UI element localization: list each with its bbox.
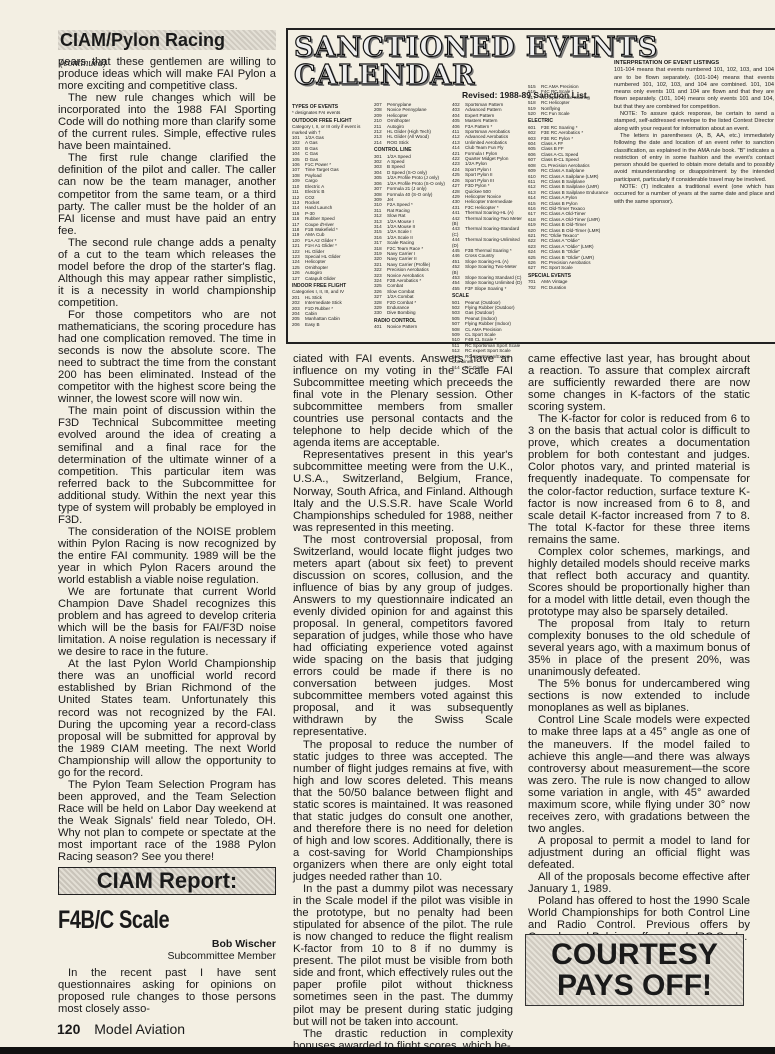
event-name: Club Team Fun Fly: [465, 145, 503, 150]
event-name: RC Class B Old-Timer: [541, 222, 586, 227]
event-name: Cabin: [305, 311, 317, 316]
event-name: F2C Team Race *: [387, 246, 423, 251]
event-name: HL Glider: [305, 249, 324, 254]
event-name: Helicopter Novice: [465, 194, 501, 199]
event-name: Formula 40 (S-O only): [387, 192, 432, 197]
event-name: Manhattan Cabin: [305, 316, 340, 321]
section-header: CIAM/Pylon Racing (continued): [58, 30, 276, 50]
event-name: RC Sport Scale: [541, 265, 573, 270]
event-name: F1C Power *: [305, 162, 331, 167]
author-role: Subcommittee Member: [58, 950, 276, 962]
event-name: RC Sportsman Sport Scale: [465, 343, 520, 348]
paragraph: The proposal to reduce the number of sta…: [293, 739, 513, 884]
event-name: Quarter Midget Pylon: [465, 156, 508, 161]
event-row: 442Thermal Soaring-Two Meter (B): [452, 216, 522, 227]
publication-name: Model Aviation: [94, 1021, 185, 1037]
event-name: Formula I Pylon: [465, 151, 497, 156]
event-name: RC Class A Pylon: [541, 195, 577, 200]
event-name: Electric A: [305, 184, 324, 189]
event-name: AMA Vintage: [541, 279, 567, 284]
paragraph: ciated with FAI events. Answers have an …: [293, 353, 513, 449]
event-name: Autogiro: [387, 124, 404, 129]
event-name: 1/2A Mouse II: [387, 224, 415, 229]
event-name: Masters Pattern: [465, 118, 497, 123]
event-name: Navy Carrier I: [387, 251, 415, 256]
event-name: F1B Wakefield *: [305, 227, 338, 232]
event-name: Expert Pattern: [465, 113, 494, 118]
article-intro: In the recent past I have sent questionn…: [58, 967, 276, 1015]
event-name: Helicopter: [387, 113, 408, 118]
courtesy-line2: PAYS OFF!: [526, 970, 743, 1001]
event-name: Class B FF: [541, 146, 564, 151]
event-name: Cargo: [305, 178, 318, 183]
event-name: Payload: [305, 173, 322, 178]
event-name: RC AMA Precision: [541, 84, 579, 89]
event-name: 1/2A Pylon: [465, 161, 487, 166]
column-2-article: ciated with FAI events. Answers have an …: [293, 353, 513, 1052]
calendar-title: SANCTIONED EVENTS CALENDAR: [294, 34, 658, 90]
paragraph: The Pylon Team Selection Program has bee…: [58, 779, 276, 863]
paragraph: In the recent past I have sent questionn…: [58, 967, 276, 1015]
event-row: 702RC Duration: [528, 285, 612, 290]
paragraph: The main point of discussion within the …: [58, 405, 276, 525]
event-name: P-30: [305, 211, 315, 216]
event-name: F3E RC Pylon *: [541, 136, 573, 141]
event-name: Slow Combat: [387, 289, 414, 294]
event-name: RC Class A Old-Timer (LMR): [541, 217, 600, 222]
column-1-article: pears that these gentlemen are willing t…: [58, 56, 276, 863]
event-name: HL Stick: [305, 295, 322, 300]
event-name: 1/2A Profile Proto (S-O only): [387, 181, 445, 186]
courtesy-line1: COURTESY: [526, 939, 743, 970]
paragraph: All of the proposals become effective af…: [528, 871, 750, 895]
event-name: Advanced Aerobatics: [465, 134, 508, 139]
event-name: F3E RC Aerobatics *: [541, 130, 583, 135]
event-row: 127Catapult Glider: [292, 276, 370, 281]
event-name: RC Class A "Oldie": [541, 238, 580, 243]
event-name: F4C RC Scale *: [541, 89, 573, 94]
event-row: 444Thermal Soaring-Unlimited (D): [452, 237, 522, 248]
event-name: Helicopter: [305, 259, 326, 264]
event-number: 330: [374, 310, 387, 315]
event-name: Combat: [387, 283, 403, 288]
event-row: 206Easy B: [292, 322, 370, 327]
event-row: 401Novice Pattern: [374, 324, 446, 329]
event-name: RC Class B Sailplane (LMR): [541, 184, 599, 189]
event-name: B Speed: [387, 164, 405, 169]
event-number: 206: [292, 322, 305, 327]
event-group-note: * designates FAI events: [292, 110, 370, 115]
page-number: 120: [57, 1021, 80, 1037]
event-name: A Gas: [305, 140, 318, 145]
paragraph: The first rule change clarified the defi…: [58, 152, 276, 236]
event-name: Peanut (Outdoor): [465, 300, 501, 305]
event-name: Advanced Pattern: [465, 107, 502, 112]
event-name: Quickee 500: [465, 189, 491, 194]
event-name: Class B-CL Speed: [541, 157, 579, 162]
event-name: Sport Pylon II: [465, 172, 493, 177]
event-name: Dive Bombing: [387, 310, 416, 315]
event-name: Rubber Speed: [305, 216, 335, 221]
paragraph: In the past a dummy pilot was necessary …: [293, 883, 513, 1028]
paragraph: For those competitors who are not mathem…: [58, 309, 276, 405]
paragraph: Control Line Scale models were expected …: [528, 714, 750, 834]
event-name: RC Class B Old-Timer (LMR): [541, 228, 600, 233]
event-name: RC Fun Scale: [541, 111, 570, 116]
event-name: F2D Combat *: [387, 300, 416, 305]
event-name: RC Old-Timer Texaco: [541, 206, 585, 211]
paragraph: came effective last year, has brought ab…: [528, 353, 750, 413]
event-row: 214ROG Stick: [374, 140, 446, 145]
event-name: CL Precision Aerobatics: [541, 163, 590, 168]
event-name: HL Glider (High Tech): [387, 129, 431, 134]
event-name: RC Sport Scale Soaring: [541, 95, 590, 100]
event-name: RC Class A Old-Timer: [541, 211, 586, 216]
event-name: Hand Launch: [305, 205, 332, 210]
paragraph: The letters in parentheses (A, B, AA, et…: [614, 133, 774, 184]
event-number: 702: [528, 285, 541, 290]
event-name: ROG Stick: [387, 140, 409, 145]
page-edge: [0, 1047, 775, 1054]
event-name: F1A A2 Glider *: [305, 238, 336, 243]
event-name: CL AMA Precision: [465, 327, 502, 332]
event-name: F3A Pattern *: [465, 124, 492, 129]
event-row: 627RC Sport Scale: [528, 265, 612, 270]
interpretation-notes: INTERPRETATION OF EVENT LISTINGS 101-104…: [614, 60, 774, 206]
event-name: A Speed: [387, 159, 404, 164]
courtesy-pays-off-box: COURTESY PAYS OFF!: [525, 934, 744, 1006]
paragraph: We are fortunate that current World Cham…: [58, 586, 276, 658]
event-name: Thermal Soaring-HL (A): [465, 210, 514, 215]
paragraph: Complex color schemes, markings, and hig…: [528, 546, 750, 618]
event-number: 214: [374, 140, 387, 145]
event-name: Easy B: [305, 322, 320, 327]
paragraph: The most controversial proposal, from Sw…: [293, 534, 513, 739]
event-list-column-2: 207Pennyplane208Novice Pennyplane209Heli…: [374, 102, 446, 330]
event-name: 1/2A Scale I: [387, 229, 412, 234]
event-name: Precision Aerobatics: [387, 267, 429, 272]
event-name: Flying Rubber (Outdoor): [465, 305, 515, 310]
event-name: AMA Cub: [305, 232, 324, 237]
event-name: Special HL Glider: [305, 254, 341, 259]
event-name: Rat Racing: [387, 208, 410, 213]
paragraph: Representatives present in this year's s…: [293, 449, 513, 533]
event-row: 520RC Fun Scale: [528, 111, 612, 116]
event-name: F1D Rubber *: [305, 306, 333, 311]
paragraph: NOTE: To assure quick response, be certa…: [614, 111, 774, 133]
event-name: RC Class A Sailplane: [541, 168, 584, 173]
event-name: RC Precision Aerobatics: [541, 260, 591, 265]
event-name: RC Class B Sailplane Endurance: [541, 190, 608, 195]
event-name: 1/2A Scale II: [387, 235, 413, 240]
paragraph: The proposal from Italy to return comple…: [528, 618, 750, 678]
event-name: F3C Helicopter *: [465, 205, 499, 210]
event-name: 1/2A Profile Proto (J only): [387, 175, 439, 180]
event-name: F1H A1 Glider *: [305, 243, 337, 248]
event-name: Novice Aerobatics: [387, 273, 424, 278]
event-name: RC Duration: [541, 285, 566, 290]
event-name: 1/2A Mouse I: [387, 219, 414, 224]
event-name: Slow Rat: [387, 213, 405, 218]
event-name: Cross Country: [465, 253, 494, 258]
page-folio: 120 Model Aviation: [57, 1021, 185, 1037]
event-number: 627: [528, 265, 541, 270]
event-row: 330Dive Bombing: [374, 310, 446, 315]
paragraph: A proposal to permit a model to land for…: [528, 835, 750, 871]
event-number: 455: [452, 286, 465, 291]
paragraph: NOTE: (T) indicates a traditional event …: [614, 184, 774, 206]
paragraph: The 5% bonus for undercambered wing sect…: [528, 678, 750, 714]
event-name: F3F Slope Soaring *: [465, 286, 506, 291]
event-name: CO2: [305, 195, 314, 200]
event-name: B Gas: [305, 146, 318, 151]
paragraph: The K-factor for color is reduced from 6…: [528, 413, 750, 546]
event-name: RC Class B "Oldie": [541, 249, 580, 254]
event-name: Ornithopter: [387, 118, 410, 123]
event-name: Catapult Glider: [305, 276, 336, 281]
event-name: D Gas: [305, 157, 318, 162]
paragraph: The new rule changes which will be incor…: [58, 92, 276, 152]
event-number: 401: [374, 324, 387, 329]
event-name: Intermediate Stick: [305, 300, 342, 305]
event-name: F4B CL Scale *: [465, 337, 496, 342]
paragraph: The second rule change adds a penalty of…: [58, 237, 276, 309]
event-name: Scale Racing: [387, 240, 414, 245]
calendar-title-line1: SANCTIONED EVENTS: [294, 34, 658, 62]
event-name: Autogiro: [305, 270, 322, 275]
event-name: 1/2A Gas: [305, 135, 324, 140]
event-list-column-3: 402Sportsman Pattern403Advanced Pattern4…: [452, 102, 522, 370]
event-name: Class A FF: [541, 141, 563, 146]
paragraph: At the last Pylon World Championship the…: [58, 658, 276, 778]
event-name: F3B Thermal Soaring *: [465, 248, 512, 253]
event-name: Electric B: [305, 189, 324, 194]
event-row: 443Thermal Soaring-Standard (C): [452, 226, 522, 237]
event-name: RC Class A "Oldie" (LMR): [541, 244, 594, 249]
event-name: RC Class B Pylon: [541, 201, 578, 206]
event-name: 1/2A Combat: [387, 294, 414, 299]
event-name: Gas (Outdoor): [465, 310, 494, 315]
event-name: Class A-CL Speed: [541, 152, 578, 157]
event-name: Sport Pylon III: [465, 178, 494, 183]
event-row: 455F3F Slope Soaring *: [452, 286, 522, 291]
paragraph: pears that these gentlemen are willing t…: [58, 56, 276, 92]
author-name: Bob Wischer: [58, 938, 276, 950]
event-name: Time Target Gas: [305, 167, 339, 172]
event-name: Flying Rubber (Indoor): [465, 321, 511, 326]
event-name: Sport Pylon I: [465, 167, 491, 172]
event-name: Endurance: [387, 305, 409, 310]
event-name: RC Helicopter: [541, 100, 570, 105]
event-name: Navy Carrier (Profile): [387, 262, 430, 267]
paragraph: 101-104 means that events numbered 101, …: [614, 67, 774, 111]
event-name: D Speed (S-O only): [387, 170, 427, 175]
ciam-report-banner: CIAM Report:: [58, 867, 276, 895]
column-3-article: came effective last year, has brought ab…: [528, 353, 750, 943]
event-group-note: Category I, II, or III only if event is …: [292, 124, 370, 135]
event-name: F3E RC Soaring *: [541, 125, 578, 130]
event-name: Helicopter Intermediate: [465, 199, 513, 204]
event-name: F2A Speed *: [387, 202, 413, 207]
event-name: Ornithopter: [305, 265, 328, 270]
event-name: HL Glider (All Wood): [387, 134, 429, 139]
event-name: C Gas: [305, 151, 318, 156]
event-name: Rocket: [305, 200, 319, 205]
event-name: Novice Pennyplane: [387, 107, 427, 112]
event-name: Slope Soaring Standard (C): [465, 275, 521, 280]
article-title: F4B/C Scale: [58, 906, 169, 935]
event-name: Peanut (Indoor): [465, 316, 497, 321]
event-name: Sportsman Pattern: [465, 102, 503, 107]
section-title: CIAM/Pylon Racing: [60, 30, 225, 50]
event-name: Novice Pattern: [387, 324, 417, 329]
event-name: F3D Pylon *: [465, 183, 490, 188]
event-name: Slope Soaring-HL (A): [465, 259, 509, 264]
sanctioned-events-calendar: SANCTIONED EVENTS CALENDAR Revised: 1988…: [286, 28, 775, 344]
event-name: Jet: [387, 197, 393, 202]
byline: Bob Wischer Subcommittee Member: [58, 938, 276, 962]
event-number: 127: [292, 276, 305, 281]
event-name: 1/2A Speed: [387, 154, 411, 159]
event-name: Pennyplane: [387, 102, 411, 107]
event-name: Sportsman Aerobatics: [465, 129, 510, 134]
event-name: Nonflying: [541, 106, 560, 111]
event-name: CL Sport Scale: [465, 332, 496, 337]
event-number: 520: [528, 111, 541, 116]
event-name: Navy Carrier II: [387, 256, 417, 261]
event-list-column-4: 515RC AMA Precision516F4C RC Scale *517R…: [528, 84, 612, 290]
event-name: RC Class B Sailplane: [541, 179, 585, 184]
event-name: F2B Aerobatics *: [387, 278, 421, 283]
event-name: Unlimited Aerobatics: [465, 140, 507, 145]
event-name: RC Class A Sailplane (LMR): [541, 174, 598, 179]
event-name: Formula 21 (J only): [387, 186, 427, 191]
paragraph: The consideration of the NOISE problem w…: [58, 526, 276, 586]
event-name: RC "Oldie Texaco": [541, 233, 579, 238]
event-name: Coupe d'Hiver: [305, 222, 334, 227]
event-list-column-1: TYPES OF EVENTS* designates FAI eventsOU…: [292, 102, 370, 327]
event-row: 452Slope Soaring Two-Meter (B): [452, 264, 522, 275]
event-name: RC Class B "Oldie" (LMR): [541, 255, 594, 260]
event-name: Slope Soaring Unlimited (D): [465, 280, 522, 285]
interpretation-heading: INTERPRETATION OF EVENT LISTINGS: [614, 60, 774, 67]
